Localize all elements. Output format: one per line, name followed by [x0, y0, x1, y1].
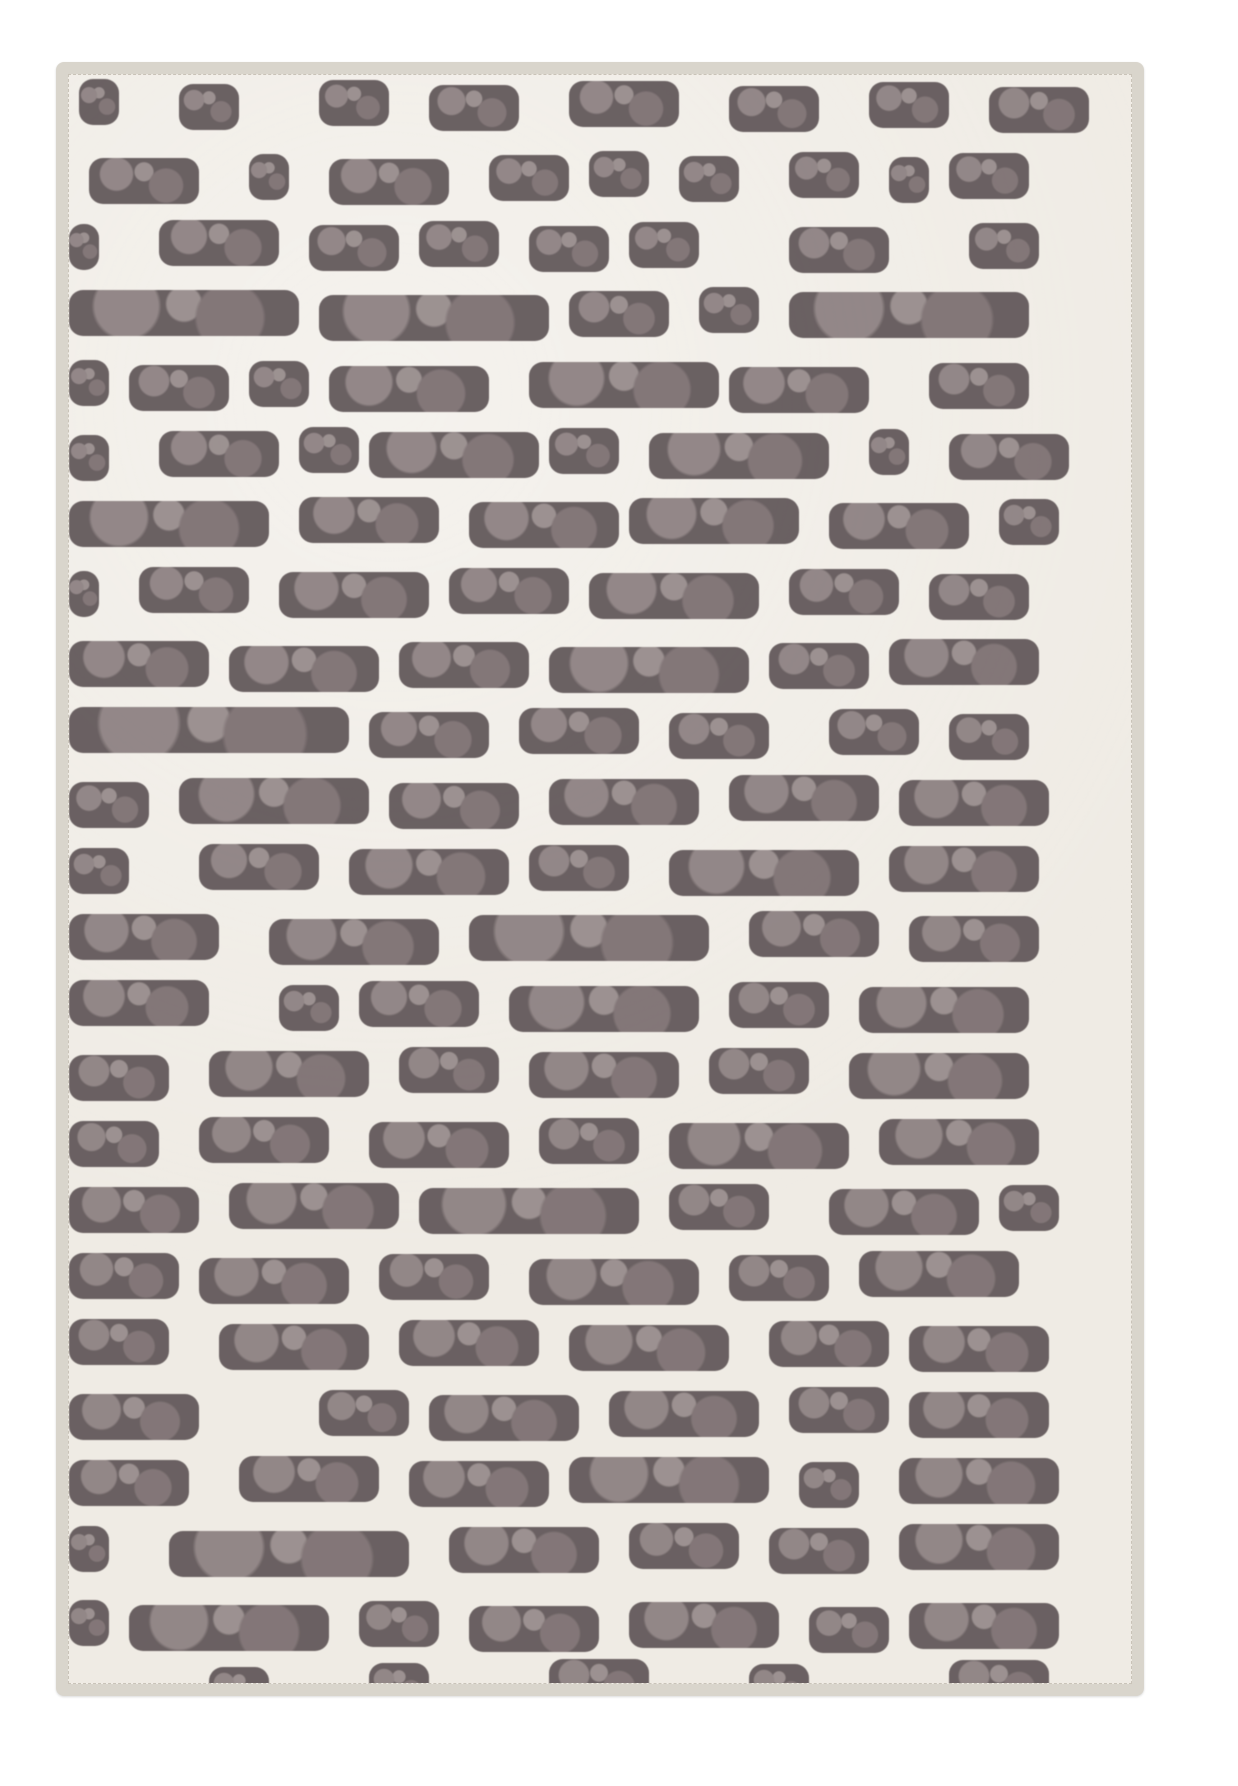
tuft-row [69, 1119, 1131, 1165]
tuft-mark [409, 1461, 549, 1507]
tuft-mark [569, 1325, 729, 1371]
tuft-mark [529, 1259, 699, 1305]
tuft-mark [369, 1122, 509, 1168]
tuft-mark [949, 434, 1069, 480]
tuft-mark [199, 844, 319, 890]
tuft-mark [849, 1053, 1029, 1099]
rug-pattern-field [68, 74, 1132, 1684]
tuft-mark [399, 1320, 539, 1366]
tuft-mark [369, 1663, 429, 1684]
tuft-mark [69, 1253, 179, 1299]
tuft-mark [249, 154, 289, 200]
tuft-mark [569, 1457, 769, 1503]
tuft-mark [829, 1189, 979, 1235]
tuft-mark [129, 365, 229, 411]
tuft-mark [909, 1326, 1049, 1372]
tuft-mark [729, 367, 869, 413]
tuft-mark [629, 498, 799, 544]
tuft-row [69, 1603, 1131, 1649]
tuft-mark [869, 429, 909, 475]
tuft-mark [279, 985, 339, 1031]
tuft-mark [929, 574, 1029, 620]
tuft-mark [159, 220, 279, 266]
tuft-row [69, 1051, 1131, 1097]
tuft-mark [999, 499, 1059, 545]
tuft-mark [769, 1321, 889, 1367]
tuft-mark [319, 80, 389, 126]
tuft-row [69, 571, 1131, 617]
tuft-mark [909, 1392, 1049, 1438]
tuft-row [69, 1459, 1131, 1505]
tuft-mark [79, 79, 119, 125]
tuft-mark [909, 1603, 1059, 1649]
tuft-mark [529, 845, 629, 891]
tuft-mark [449, 1527, 599, 1573]
tuft-mark [129, 1605, 329, 1651]
tuft-mark [799, 1462, 859, 1508]
tuft-mark [399, 1047, 499, 1093]
tuft-mark [279, 572, 429, 618]
tuft-mark [649, 433, 829, 479]
tuft-mark [299, 497, 439, 543]
tuft-mark [469, 915, 709, 961]
tuft-mark [709, 1048, 809, 1094]
tuft-mark [69, 1600, 109, 1646]
tuft-mark [609, 1391, 759, 1437]
tuft-mark [829, 709, 919, 755]
tuft-mark [69, 1394, 199, 1440]
tuft-mark [69, 1121, 159, 1167]
tuft-mark [519, 708, 639, 754]
tuft-mark [729, 1255, 829, 1301]
tuft-mark [419, 1188, 639, 1234]
tuft-mark [359, 981, 479, 1027]
tuft-mark [769, 643, 869, 689]
tuft-mark [509, 986, 699, 1032]
tuft-mark [69, 707, 349, 753]
tuft-mark [249, 361, 309, 407]
tuft-mark [469, 1606, 599, 1652]
tuft-row [69, 847, 1131, 893]
tuft-mark [179, 84, 239, 130]
tuft-mark [789, 569, 899, 615]
tuft-mark [359, 1601, 439, 1647]
tuft-mark [949, 1660, 1049, 1684]
tuft-row [69, 83, 1131, 129]
tuft-row [69, 1187, 1131, 1233]
tuft-row [69, 431, 1131, 477]
tuft-mark [789, 152, 859, 198]
rug: Rectangular area rug, cream background w… [56, 62, 1144, 1696]
tuft-mark [199, 1258, 349, 1304]
tuft-mark [449, 568, 569, 614]
tuft-mark [159, 431, 279, 477]
tuft-row [69, 1255, 1131, 1301]
tuft-row [69, 291, 1131, 337]
tuft-mark [229, 646, 379, 692]
tuft-mark [69, 782, 149, 828]
tuft-mark [69, 224, 99, 270]
tuft-row [69, 155, 1131, 201]
tuft-mark [239, 1456, 379, 1502]
tuft-mark [859, 987, 1029, 1033]
tuft-mark [69, 571, 99, 617]
tuft-mark [749, 911, 879, 957]
tuft-mark [789, 227, 889, 273]
tuft-mark [69, 501, 269, 547]
tuft-mark [469, 502, 619, 548]
tuft-mark [69, 290, 299, 336]
tuft-mark [69, 1187, 199, 1233]
tuft-mark [489, 155, 569, 201]
tuft-mark [769, 1528, 869, 1574]
tuft-row [69, 1323, 1131, 1369]
tuft-mark [69, 914, 219, 960]
tuft-row [69, 363, 1131, 409]
tuft-mark [429, 85, 519, 131]
tuft-mark [899, 1458, 1059, 1504]
tuft-mark [69, 435, 109, 481]
tuft-mark [729, 86, 819, 132]
tuft-mark [549, 1659, 649, 1684]
tuft-mark [69, 641, 209, 687]
tuft-mark [179, 778, 369, 824]
tuft-mark [169, 1531, 409, 1577]
tuft-mark [899, 1524, 1059, 1570]
tuft-mark [349, 849, 509, 895]
tuft-mark [69, 848, 129, 894]
tuft-mark [309, 225, 399, 271]
tuft-mark [379, 1254, 489, 1300]
tuft-mark [269, 919, 439, 965]
tuft-mark [869, 82, 949, 128]
tuft-mark [789, 1387, 889, 1433]
tuft-mark [589, 151, 649, 197]
tuft-mark [299, 427, 359, 473]
tuft-mark [329, 366, 489, 412]
tuft-mark [229, 1183, 399, 1229]
tuft-row [69, 223, 1131, 269]
tuft-mark [669, 850, 859, 896]
tuft-mark [679, 156, 739, 202]
tuft-mark [969, 223, 1039, 269]
tuft-row [69, 499, 1131, 545]
tuft-row [69, 711, 1131, 757]
tuft-mark [629, 1602, 779, 1648]
tuft-mark [369, 432, 539, 478]
tuft-mark [629, 222, 699, 268]
tuft-mark [999, 1185, 1059, 1231]
tuft-mark [669, 713, 769, 759]
tuft-mark [69, 360, 109, 406]
tuft-mark [329, 159, 449, 205]
tuft-mark [69, 1055, 169, 1101]
tuft-mark [669, 1123, 849, 1169]
tuft-mark [879, 1119, 1039, 1165]
tuft-mark [569, 291, 669, 337]
tuft-mark [569, 81, 679, 127]
tuft-row [69, 915, 1131, 961]
tuft-mark [729, 982, 829, 1028]
tuft-row [69, 983, 1131, 1029]
tuft-mark [889, 846, 1039, 892]
tuft-mark [139, 567, 249, 613]
tuft-mark [729, 775, 879, 821]
tuft-mark [789, 292, 1029, 338]
tuft-mark [389, 783, 519, 829]
tuft-mark [419, 221, 499, 267]
tuft-row [69, 643, 1131, 689]
tuft-mark [889, 639, 1039, 685]
tuft-mark [539, 1118, 639, 1164]
tuft-mark [529, 362, 719, 408]
tuft-mark [629, 1523, 739, 1569]
tuft-mark [889, 157, 929, 203]
tuft-mark [69, 1526, 109, 1572]
tuft-mark [529, 1052, 679, 1098]
tuft-mark [549, 779, 699, 825]
tuft-mark [69, 1460, 189, 1506]
tuft-mark [209, 1051, 369, 1097]
tuft-mark [699, 287, 759, 333]
tuft-mark [399, 642, 529, 688]
tuft-mark [949, 714, 1029, 760]
tuft-mark [549, 428, 619, 474]
tuft-row [69, 1527, 1131, 1573]
tuft-mark [829, 503, 969, 549]
tuft-row [69, 1391, 1131, 1437]
tuft-mark [899, 780, 1049, 826]
tuft-mark [749, 1664, 809, 1684]
tuft-mark [859, 1251, 1019, 1297]
tuft-mark [219, 1324, 369, 1370]
tuft-mark [529, 226, 609, 272]
tuft-mark [989, 87, 1089, 133]
tuft-mark [69, 980, 209, 1026]
tuft-row [69, 1663, 1131, 1684]
tuft-row [69, 779, 1131, 825]
tuft-mark [89, 158, 199, 204]
tuft-mark [929, 363, 1029, 409]
tuft-mark [809, 1607, 889, 1653]
tuft-mark [669, 1184, 769, 1230]
tuft-mark [319, 295, 549, 341]
tuft-mark [209, 1667, 269, 1684]
tuft-mark [69, 1319, 169, 1365]
tuft-mark [949, 153, 1029, 199]
tuft-mark [589, 573, 759, 619]
tuft-mark [369, 712, 489, 758]
tuft-mark [199, 1117, 329, 1163]
tuft-mark [429, 1395, 579, 1441]
tuft-mark [319, 1390, 409, 1436]
tuft-mark [549, 647, 749, 693]
tuft-mark [909, 916, 1039, 962]
